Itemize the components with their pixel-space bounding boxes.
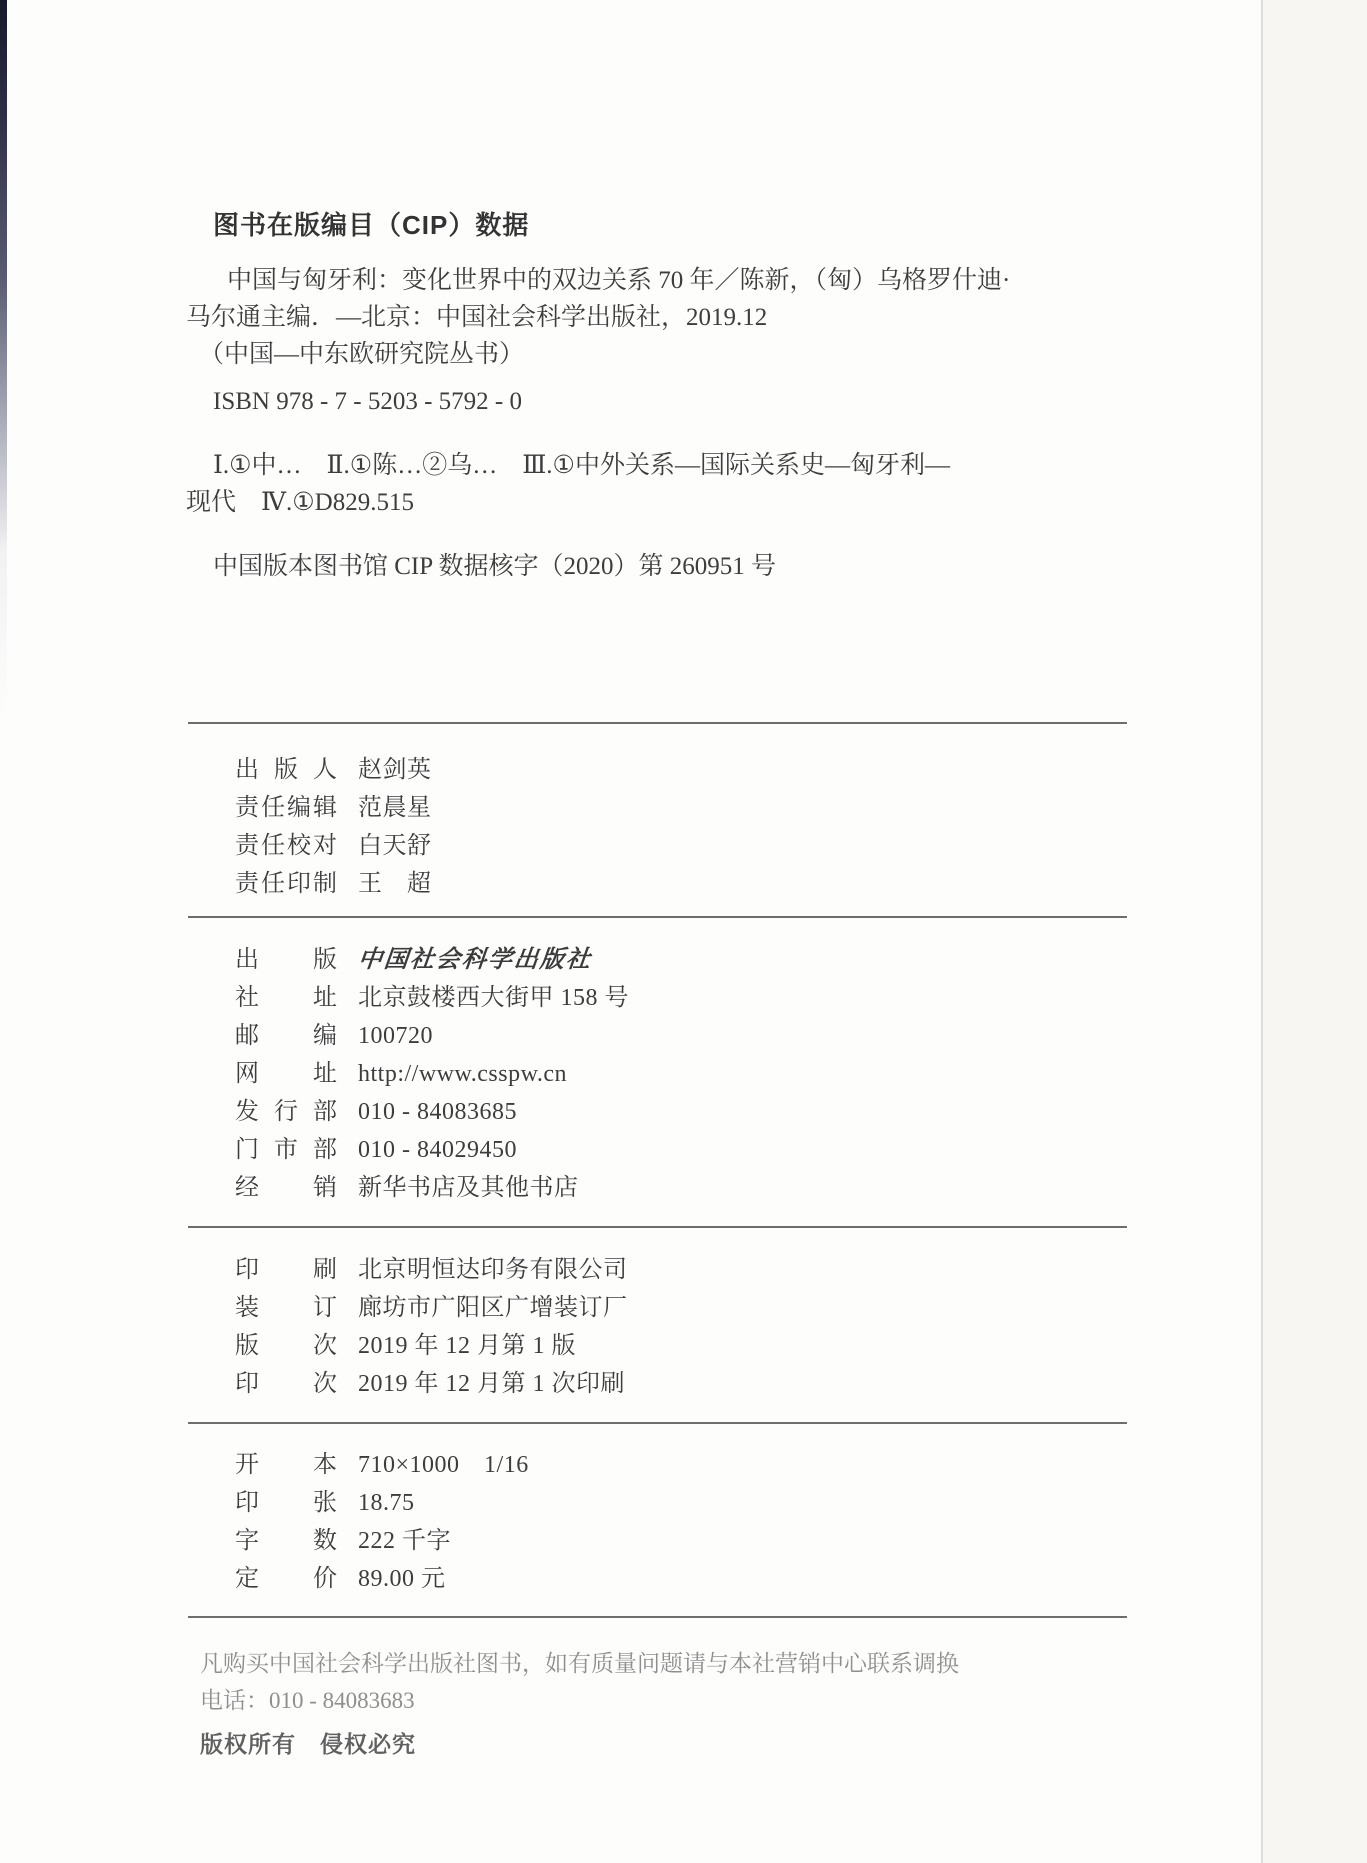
format-row-wordcount: 字数 222 千字 [235, 1522, 1135, 1560]
row-label: 经销 [235, 1169, 337, 1207]
row-value: 100720 [358, 1023, 433, 1049]
printing-row-edition: 版次 2019 年 12 月第 1 版 [235, 1327, 1135, 1365]
format-row-price: 定价 89.00 元 [235, 1560, 1135, 1598]
row-label: 字数 [235, 1522, 337, 1560]
format-block: 开本 710×1000 1/16 印张 18.75 字数 222 千字 定价 8… [235, 1446, 1135, 1598]
page-edge-line [1261, 0, 1263, 1863]
divider-rule-3 [188, 1226, 1127, 1228]
row-value: 89.00 元 [358, 1566, 446, 1592]
scanned-copyright-page: 图书在版编目（CIP）数据 中国与匈牙利：变化世界中的双边关系 70 年／陈新，… [0, 0, 1367, 1863]
divider-rule-1 [188, 722, 1127, 724]
row-value: 2019 年 12 月第 1 次印刷 [358, 1371, 625, 1397]
quality-notice-block: 凡购买中国社会科学出版社图书，如有质量问题请与本社营销中心联系调换 电话：010… [200, 1645, 1160, 1763]
publisher-row-distribution-phone: 发行部 010 - 84083685 [235, 1093, 1135, 1131]
cip-series-line: （中国—中东欧研究院丛书） [186, 336, 1146, 373]
divider-rule-4 [188, 1422, 1127, 1424]
row-label: 门市部 [235, 1131, 337, 1169]
isbn-line: ISBN 978 - 7 - 5203 - 5792 - 0 [186, 383, 1146, 420]
row-label: 印张 [235, 1484, 337, 1522]
press-script-logo: 中国社会科学出版社 [356, 941, 594, 979]
staff-row-editor: 责任编辑 范晨星 [235, 789, 1135, 827]
quality-notice-line: 凡购买中国社会科学出版社图书，如有质量问题请与本社营销中心联系调换 [200, 1645, 1160, 1682]
row-value: 廊坊市广阳区广增装订厂 [358, 1295, 628, 1321]
row-value: 010 - 84029450 [358, 1137, 517, 1163]
row-value: 北京鼓楼西大街甲 158 号 [358, 985, 629, 1011]
row-value: 222 千字 [358, 1528, 451, 1554]
row-label: 责任编辑 [235, 789, 337, 827]
row-value: 白天舒 [358, 833, 432, 859]
row-label: 版次 [235, 1327, 337, 1365]
row-value: 赵剑英 [358, 757, 432, 783]
printing-row-printer: 印刷 北京明恒达印务有限公司 [235, 1251, 1135, 1289]
cip-classification-line-2: 现代 Ⅳ.①D829.515 [186, 484, 1146, 521]
row-value: 2019 年 12 月第 1 版 [358, 1333, 576, 1359]
row-label: 定价 [235, 1560, 337, 1598]
publisher-row-retail-phone: 门市部 010 - 84029450 [235, 1131, 1135, 1169]
printing-row-binder: 装订 廊坊市广阳区广增装订厂 [235, 1289, 1135, 1327]
row-label: 印次 [235, 1365, 337, 1403]
printing-row-impression: 印次 2019 年 12 月第 1 次印刷 [235, 1365, 1135, 1403]
row-value: 新华书店及其他书店 [358, 1175, 579, 1201]
cip-title-line: 中国与匈牙利：变化世界中的双边关系 70 年／陈新，（匈）乌格罗什迪· [186, 262, 1146, 299]
publisher-row-distributor: 经销 新华书店及其他书店 [235, 1169, 1135, 1207]
staff-row-print-supervisor: 责任印制 王 超 [235, 865, 1135, 903]
cip-classification-line-1: Ⅰ.①中… Ⅱ.①陈…②乌… Ⅲ.①中外关系—国际关系史—匈牙利— [186, 447, 1146, 484]
row-label: 社址 [235, 979, 337, 1017]
format-row-size: 开本 710×1000 1/16 [235, 1446, 1135, 1484]
row-label: 邮编 [235, 1017, 337, 1055]
divider-rule-5 [188, 1616, 1127, 1618]
row-value: 王 超 [358, 871, 432, 897]
row-label: 装订 [235, 1289, 337, 1327]
row-label: 出版 [235, 941, 337, 979]
staff-block: 出版人 赵剑英 责任编辑 范晨星 责任校对 白天舒 责任印制 王 超 [235, 751, 1135, 903]
cip-data-block: 中国与匈牙利：变化世界中的双边关系 70 年／陈新，（匈）乌格罗什迪· 马尔通主… [186, 262, 1146, 585]
row-value: 北京明恒达印务有限公司 [358, 1257, 628, 1283]
website-url: http://www.csspw.cn [358, 1061, 567, 1087]
row-value: 18.75 [358, 1490, 415, 1516]
publisher-row-postcode: 邮编 100720 [235, 1017, 1135, 1055]
printing-block: 印刷 北京明恒达印务有限公司 装订 廊坊市广阳区广增装订厂 版次 2019 年 … [235, 1251, 1135, 1403]
publisher-row-address: 社址 北京鼓楼西大街甲 158 号 [235, 979, 1135, 1017]
service-phone-line: 电话：010 - 84083683 [200, 1682, 1160, 1719]
cip-publisher-line: 马尔通主编．—北京：中国社会科学出版社，2019.12 [186, 299, 1146, 336]
row-label: 网址 [235, 1055, 337, 1093]
row-label: 发行部 [235, 1093, 337, 1131]
format-row-sheets: 印张 18.75 [235, 1484, 1135, 1522]
scan-left-edge-shadow [0, 0, 7, 1000]
scan-right-margin [1263, 0, 1367, 1863]
row-label: 责任校对 [235, 827, 337, 865]
row-value: 010 - 84083685 [358, 1099, 517, 1125]
copyright-rights-line: 版权所有 侵权必究 [200, 1726, 1160, 1763]
row-value: 710×1000 1/16 [358, 1452, 529, 1478]
cip-record-number: 中国版本图书馆 CIP 数据核字（2020）第 260951 号 [186, 548, 1146, 585]
staff-row-proofreader: 责任校对 白天舒 [235, 827, 1135, 865]
row-label: 责任印制 [235, 865, 337, 903]
cip-heading: 图书在版编目（CIP）数据 [213, 205, 529, 242]
publisher-block: 出版 中国社会科学出版社 社址 北京鼓楼西大街甲 158 号 邮编 100720… [235, 941, 1135, 1207]
row-label: 开本 [235, 1446, 337, 1484]
staff-row-publisher-person: 出版人 赵剑英 [235, 751, 1135, 789]
publisher-row-press: 出版 中国社会科学出版社 [235, 941, 1135, 979]
publisher-row-website: 网址 http://www.csspw.cn [235, 1055, 1135, 1093]
row-value: 范晨星 [358, 795, 432, 821]
row-label: 印刷 [235, 1251, 337, 1289]
divider-rule-2 [188, 916, 1127, 918]
row-label: 出版人 [235, 751, 337, 789]
